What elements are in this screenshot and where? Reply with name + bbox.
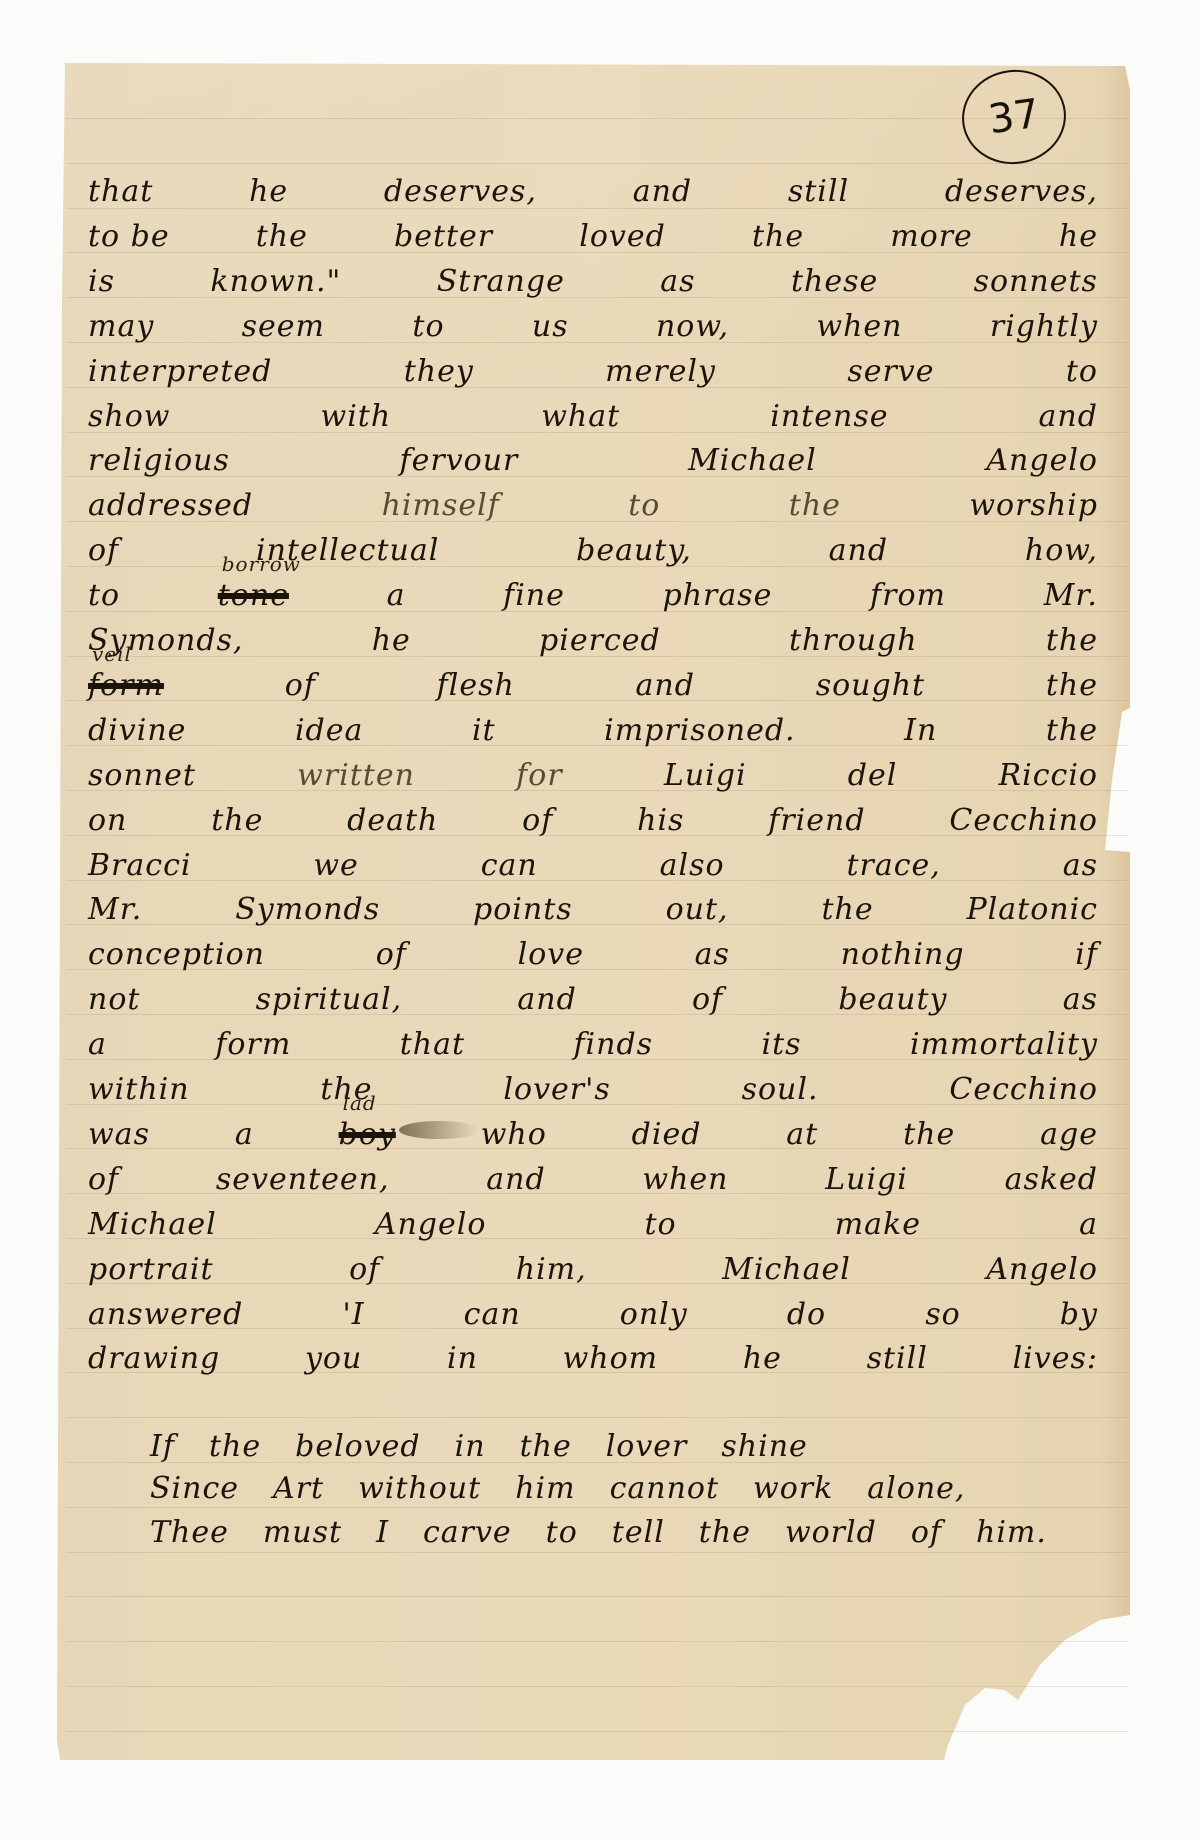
manuscript-line: drawingyouinwhomhestilllives: [88, 1332, 1098, 1376]
word: can [464, 1297, 521, 1332]
word: when [642, 1162, 728, 1197]
word: alone, [867, 1471, 965, 1506]
word: worship [969, 488, 1098, 523]
word: they [404, 354, 474, 389]
word: show [88, 399, 170, 434]
word: more [890, 219, 973, 254]
word: flesh [437, 668, 515, 703]
manuscript-line: addressedhimselftotheworship [88, 479, 1098, 523]
corrected-word: ladboy [339, 1117, 396, 1152]
word: Angelo [375, 1207, 487, 1242]
word: drawing [88, 1341, 220, 1376]
word: world [785, 1515, 877, 1550]
word: in [455, 1429, 486, 1464]
word: beauty [838, 982, 947, 1017]
word: lover [606, 1429, 688, 1464]
word: we [313, 848, 358, 883]
word: Luigi [664, 758, 747, 793]
word: he [249, 174, 288, 209]
word: imprisoned. [604, 713, 795, 748]
word: so [925, 1297, 960, 1332]
manuscript-line: toborrowtoneafinephrasefromMr. [88, 569, 1098, 613]
word: from [870, 578, 946, 613]
word: the [209, 1429, 261, 1464]
manuscript-line: sonnetwrittenforLuigidelRiccio [88, 749, 1098, 793]
word: Strange [437, 264, 565, 299]
word: also [660, 848, 725, 883]
word: of [522, 803, 553, 838]
word: finds [573, 1027, 653, 1062]
word: its [761, 1027, 801, 1062]
word: religious [88, 443, 230, 478]
word: asked [1005, 1162, 1098, 1197]
word: a [235, 1117, 254, 1152]
word: pierced [539, 623, 661, 658]
word: to [412, 309, 444, 344]
word: portrait [88, 1252, 214, 1287]
manuscript-line: showwithwhatintenseand [88, 390, 1098, 434]
word: to be [88, 219, 170, 254]
word: soul. [742, 1072, 819, 1107]
inserted-word: veil [92, 642, 132, 666]
word: tell [612, 1515, 665, 1550]
word: cannot [610, 1471, 719, 1506]
word: by [1060, 1297, 1098, 1332]
word: del [848, 758, 898, 793]
manuscript-line: ofseventeen,andwhenLuigiasked [88, 1153, 1098, 1197]
word: intense [770, 399, 888, 434]
word: the [699, 1515, 751, 1550]
word: and [633, 174, 692, 209]
word: these [791, 264, 878, 299]
word: the [520, 1429, 572, 1464]
manuscript-line: to bethebetterlovedthemorehe [88, 210, 1098, 254]
word: us [532, 309, 569, 344]
word: Platonic [966, 892, 1098, 927]
word: himself [382, 488, 500, 523]
word: spiritual, [256, 982, 403, 1017]
word: answered [88, 1297, 243, 1332]
poem-line: Ifthebelovedinthelovershine [150, 1420, 808, 1464]
word: out, [666, 892, 729, 927]
word: and [1039, 399, 1098, 434]
word: rightly [990, 309, 1098, 344]
word: 'I [342, 1297, 364, 1332]
manuscript-line: answered'Icanonlydosoby [88, 1288, 1098, 1332]
word: shine [721, 1429, 807, 1464]
word: him, [516, 1252, 587, 1287]
word: and [517, 982, 576, 1017]
ruled-line [66, 1731, 1128, 1732]
word: a [387, 578, 406, 613]
word: Riccio [999, 758, 1098, 793]
word: can [481, 848, 538, 883]
manuscript-line: notspiritual,andofbeautyas [88, 973, 1098, 1017]
word: interpreted [88, 354, 272, 389]
word: serve [847, 354, 934, 389]
word: only [620, 1297, 688, 1332]
word: nothing [841, 937, 965, 972]
page-number: 37 [986, 91, 1043, 144]
word: in [447, 1341, 478, 1376]
struck-word: form [88, 668, 164, 703]
word: of [376, 937, 407, 972]
ruled-line [66, 1417, 1128, 1418]
word: Cecchino [949, 1072, 1098, 1107]
word: that [400, 1027, 465, 1062]
word: seem [242, 309, 325, 344]
word: work [753, 1471, 833, 1506]
word: do [787, 1297, 826, 1332]
word: phrase [663, 578, 773, 613]
word: died [632, 1117, 702, 1152]
word: fine [503, 578, 565, 613]
word: loved [579, 219, 666, 254]
word: and [486, 1162, 545, 1197]
word: deserves, [945, 174, 1098, 209]
word: to [88, 578, 120, 613]
manuscript-line: withinthelover'ssoul.Cecchino [88, 1063, 1098, 1107]
word: it [472, 713, 496, 748]
word: If [150, 1429, 175, 1464]
word: as [1063, 848, 1098, 883]
word: sought [816, 668, 925, 703]
corrected-word: veilform [88, 668, 164, 703]
word: him. [976, 1515, 1047, 1550]
word: a [88, 1027, 107, 1062]
word: friend [768, 803, 865, 838]
word: written [297, 758, 415, 793]
word: as [695, 937, 730, 972]
manuscript-line: conceptionofloveasnothingif [88, 928, 1098, 972]
ink-smudge [399, 1121, 479, 1139]
word: Thee [150, 1515, 229, 1550]
manuscript-line: portraitofhim,MichaelAngelo [88, 1243, 1098, 1287]
struck-word: boy [339, 1117, 396, 1152]
manuscript-line: onthedeathofhisfriendCecchino [88, 794, 1098, 838]
word: his [637, 803, 684, 838]
word: the [256, 219, 308, 254]
word: a [1079, 1207, 1098, 1242]
word: Angelo [986, 1252, 1098, 1287]
word: of [285, 668, 316, 703]
word: of [349, 1252, 380, 1287]
word: with [321, 399, 392, 434]
manuscript-line: interpretedtheymerelyserveto [88, 345, 1098, 389]
word: as [660, 264, 695, 299]
word: within [88, 1072, 190, 1107]
word: the [1046, 713, 1098, 748]
word: and [636, 668, 695, 703]
word: Michael [722, 1252, 851, 1287]
poem-line: TheemustIcarvetotelltheworldofhim. [150, 1506, 1047, 1550]
ruled-line [66, 163, 1128, 164]
word: the [1046, 668, 1098, 703]
word: Luigi [825, 1162, 908, 1197]
ruled-line [66, 1596, 1128, 1597]
word: of [88, 533, 119, 568]
word: Since [150, 1471, 239, 1506]
poem-line: SinceArtwithouthimcannotworkalone, [150, 1462, 965, 1506]
manuscript-line: mayseemtousnow,whenrightly [88, 300, 1098, 344]
manuscript-line: thathedeserves,andstilldeserves, [88, 165, 1098, 209]
word: still [867, 1341, 928, 1376]
word: as [1063, 982, 1098, 1017]
word: Michael [88, 1207, 217, 1242]
manuscript-line: wasaladboywhodiedattheage [88, 1108, 1098, 1152]
word: how, [1025, 533, 1098, 568]
word: sonnets [974, 264, 1098, 299]
word: of [692, 982, 723, 1017]
word: divine [88, 713, 186, 748]
word: merely [605, 354, 716, 389]
word: carve [423, 1515, 512, 1550]
word: was [88, 1117, 150, 1152]
ruled-line [66, 1641, 1128, 1642]
word: trace, [846, 848, 940, 883]
word: to [645, 1207, 677, 1242]
word: if [1075, 937, 1098, 972]
word: Art [273, 1471, 324, 1506]
word: points [473, 892, 573, 927]
word: to [546, 1515, 578, 1550]
word: him [515, 1471, 575, 1506]
word: the [752, 219, 804, 254]
word: beloved [295, 1429, 421, 1464]
word: death [347, 803, 438, 838]
word: to [628, 488, 660, 523]
word: what [541, 399, 620, 434]
word: Angelo [986, 443, 1098, 478]
word: is [88, 264, 115, 299]
word: better [394, 219, 493, 254]
word: he [372, 623, 411, 658]
struck-word: tone [218, 578, 289, 613]
word: the [821, 892, 873, 927]
word: must [263, 1515, 342, 1550]
word: the [211, 803, 263, 838]
word: may [88, 309, 154, 344]
word: through [789, 623, 918, 658]
word: of [88, 1162, 119, 1197]
word: when [816, 309, 902, 344]
word: lover's [503, 1072, 610, 1107]
word: form [215, 1027, 291, 1062]
word: without [358, 1471, 481, 1506]
word: still [788, 174, 849, 209]
manuscript-line: Mr.Symondspointsout,thePlatonic [88, 883, 1098, 927]
word: now, [656, 309, 729, 344]
word: In [904, 713, 937, 748]
ruled-line [66, 1686, 1128, 1687]
word: not [88, 982, 140, 1017]
word: Mr. [1044, 578, 1098, 613]
manuscript-line: divineideaitimprisoned.Inthe [88, 704, 1098, 748]
word: Mr. [88, 892, 142, 927]
word: addressed [88, 488, 253, 523]
word: age [1040, 1117, 1098, 1152]
word: Cecchino [949, 803, 1098, 838]
word: whom [563, 1341, 659, 1376]
word: lives: [1013, 1341, 1098, 1376]
manuscript-line: Bracciwecanalsotrace,as [88, 839, 1098, 883]
word: deserves, [384, 174, 537, 209]
inserted-word: borrow [222, 552, 301, 576]
manuscript-line: isknown."Strangeasthesesonnets [88, 255, 1098, 299]
word: seventeen, [216, 1162, 390, 1197]
word: he [1059, 219, 1098, 254]
manuscript-line: veilformoffleshandsoughtthe [88, 659, 1098, 703]
word: on [88, 803, 127, 838]
inserted-word: lad [343, 1091, 377, 1115]
corrected-word: borrowtone [218, 578, 289, 613]
word: immortality [910, 1027, 1098, 1062]
word: the [1046, 623, 1098, 658]
word: you [305, 1341, 362, 1376]
word: at [786, 1117, 818, 1152]
word: love [518, 937, 584, 972]
manuscript-line: aformthatfindsitsimmortality [88, 1018, 1098, 1062]
word: and [829, 533, 888, 568]
manuscript-line: religiousfervourMichaelAngelo [88, 434, 1098, 478]
word: who [481, 1117, 547, 1152]
word: the [903, 1117, 955, 1152]
word: the [789, 488, 841, 523]
word: of [911, 1515, 942, 1550]
word: he [743, 1341, 782, 1376]
word: fervour [400, 443, 519, 478]
word: Bracci [88, 848, 191, 883]
word: to [1066, 354, 1098, 389]
word: beauty, [576, 533, 692, 568]
ruled-line [66, 1552, 1128, 1553]
word: conception [88, 937, 265, 972]
word: Michael [688, 443, 817, 478]
word: for [516, 758, 563, 793]
word: Symonds [235, 892, 380, 927]
word: sonnet [88, 758, 196, 793]
manuscript-line: MichaelAngelotomakea [88, 1198, 1098, 1242]
word: known." [210, 264, 341, 299]
manuscript-line: Symonds,hepiercedthroughthe [88, 614, 1098, 658]
word: I [376, 1515, 389, 1550]
word: make [835, 1207, 921, 1242]
word: that [88, 174, 153, 209]
word: idea [295, 713, 363, 748]
